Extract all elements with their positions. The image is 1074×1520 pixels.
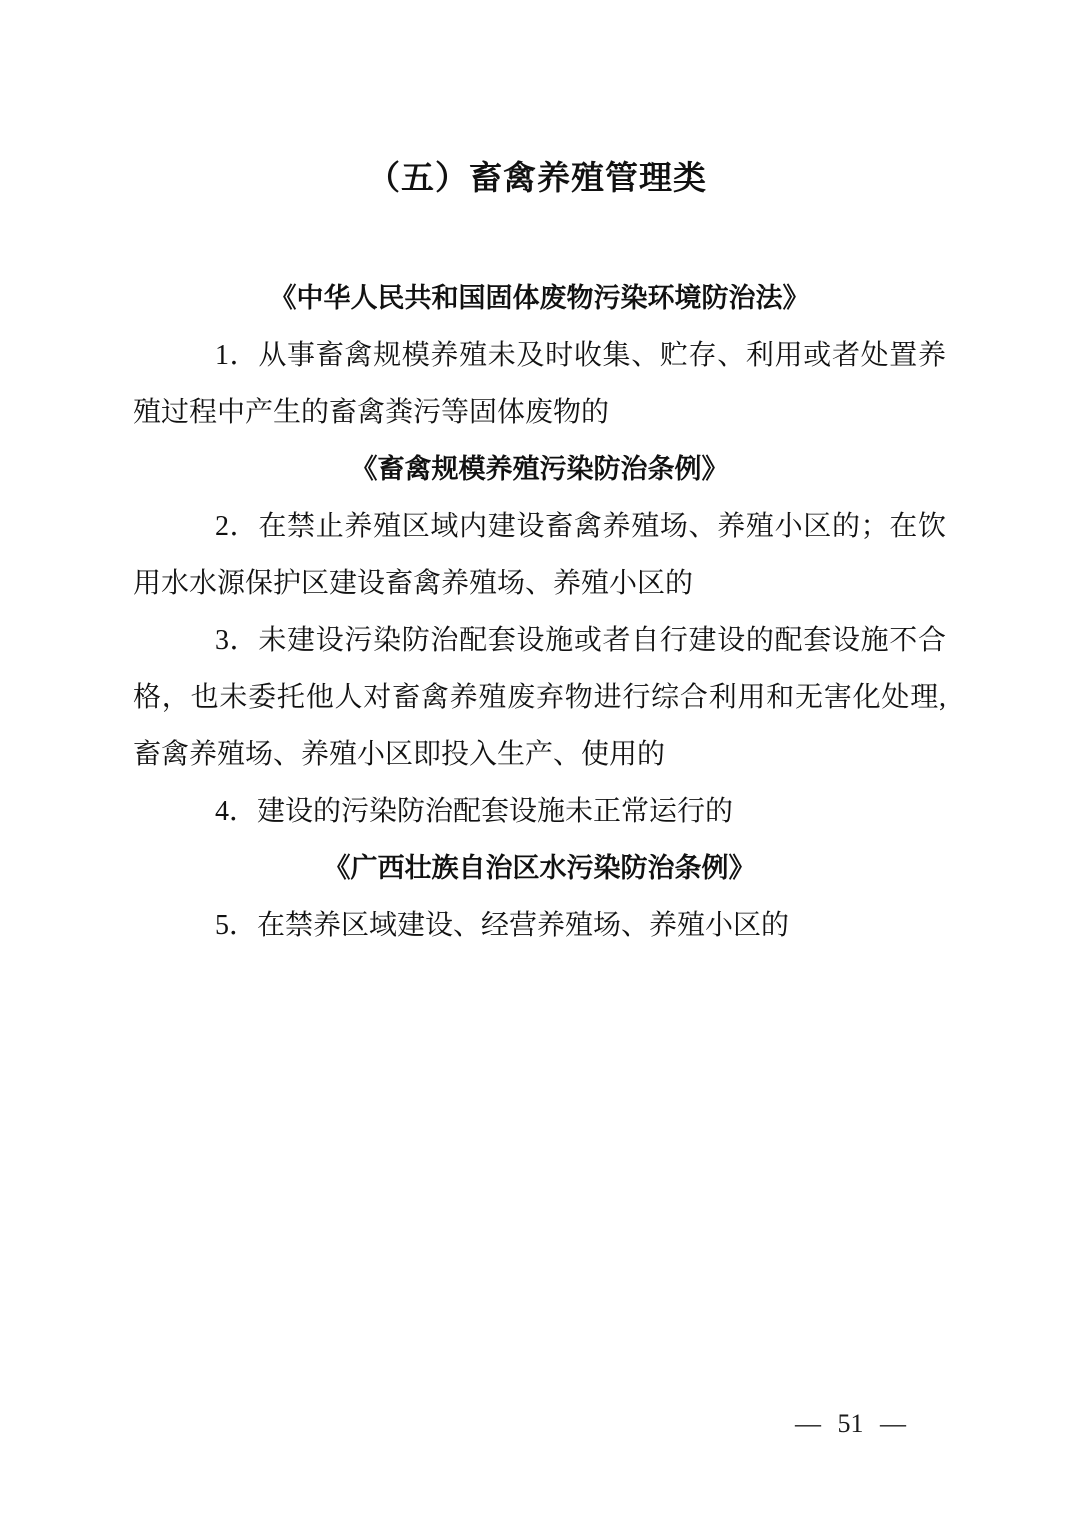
law-heading-guangxi-water-regulation: 《广西壮族自治区水污染防治条例》 (133, 840, 946, 897)
page-number: — 51 — (795, 1406, 906, 1442)
chapter-title: （五）畜禽养殖管理类 (0, 0, 1074, 200)
law-heading-livestock-regulation: 《畜禽规模养殖污染防治条例》 (133, 441, 946, 498)
law-heading-solid-waste-law: 《中华人民共和国固体废物污染环境防治法》 (133, 270, 946, 327)
list-item-5: 5．在禁养区域建设、经营养殖场、养殖小区的 (133, 897, 946, 954)
list-item-2: 2．在禁止养殖区域内建设畜禽养殖场、养殖小区的；在饮用水水源保护区建设畜禽养殖场… (133, 498, 946, 612)
document-body: 《中华人民共和国固体废物污染环境防治法》 1．从事畜禽规模养殖未及时收集、贮存、… (133, 270, 946, 954)
list-item-4: 4．建设的污染防治配套设施未正常运行的 (133, 783, 946, 840)
document-page: （五）畜禽养殖管理类 《中华人民共和国固体废物污染环境防治法》 1．从事畜禽规模… (0, 0, 1074, 1520)
list-item-3: 3．未建设污染防治配套设施或者自行建设的配套设施不合格，也未委托他人对畜禽养殖废… (133, 612, 946, 783)
list-item-1: 1．从事畜禽规模养殖未及时收集、贮存、利用或者处置养殖过程中产生的畜禽粪污等固体… (133, 327, 946, 441)
